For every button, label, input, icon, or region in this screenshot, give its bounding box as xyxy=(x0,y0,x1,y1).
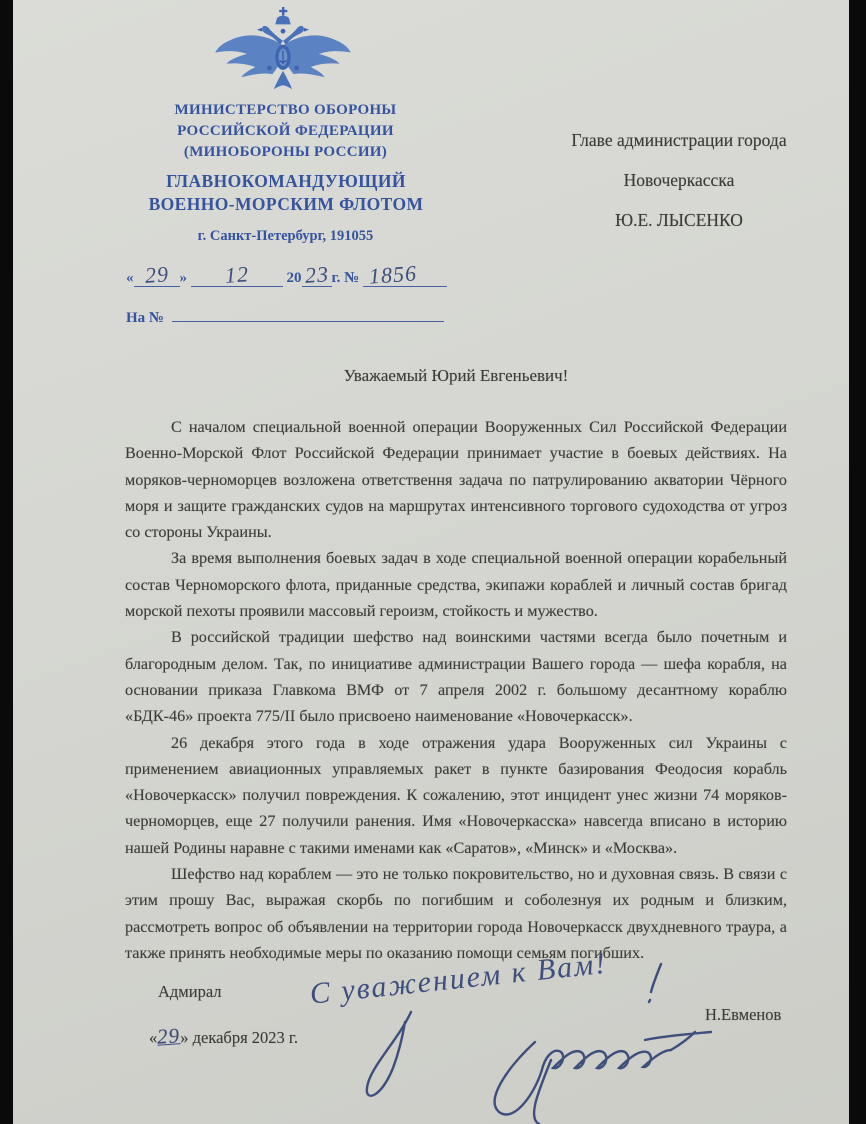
recipient-block: Главе администрации города Новочеркасска… xyxy=(529,120,829,240)
handwritten-doc-number: 1856 xyxy=(368,260,418,289)
paragraph: С началом специальной военной операции В… xyxy=(125,414,787,545)
date-suffix: г. № xyxy=(332,270,360,286)
letterhead-commander-block: ГЛАВНОКОМАНДУЮЩИЙ ВОЕННО-МОРСКИМ ФЛОТОМ xyxy=(116,170,456,216)
reply-reference-line: На № xyxy=(126,303,444,327)
handwritten-month: 12 xyxy=(224,261,250,289)
signature-date-line: «29» декабря 2023 г. xyxy=(149,1028,298,1048)
ministry-line: (МИНОБОРОНЫ РОССИИ) xyxy=(133,142,438,163)
recipient-line: Новочеркасска xyxy=(529,160,829,200)
salutation: Уважаемый Юрий Евгеньевич! xyxy=(126,366,786,386)
photo-background: { "colors": { "letterhead_blue": "#35539… xyxy=(0,0,866,1124)
ministry-line: МИНИСТЕРСТВО ОБОРОНЫ xyxy=(133,100,438,121)
handwritten-day: 29 xyxy=(144,261,170,289)
quote-open: « xyxy=(126,270,134,286)
recipient-line: Главе администрации города xyxy=(529,120,829,160)
date-day-slot: 29 xyxy=(134,262,180,287)
letterhead-address: г. Санкт-Петербург, 191055 xyxy=(133,228,438,245)
paragraph: 26 декабря этого года в ходе отражения у… xyxy=(125,730,787,861)
commander-line: ВОЕННО-МОРСКИМ ФЛОТОМ xyxy=(116,193,456,216)
letter-body: С началом специальной военной операции В… xyxy=(125,414,787,966)
signature-date-rest: » декабря 2023 г. xyxy=(180,1028,298,1047)
reply-number-blank xyxy=(172,303,444,322)
handwritten-day: 29 xyxy=(157,1027,181,1046)
commander-line: ГЛАВНОКОМАНДУЮЩИЙ xyxy=(116,170,456,193)
doc-number-slot: 1856 xyxy=(363,262,447,287)
russian-mod-double-headed-eagle-icon xyxy=(209,6,357,98)
reply-label: На № xyxy=(126,310,164,326)
paragraph: В российской традиции шефство над воинск… xyxy=(125,624,787,729)
paragraph: За время выполнения боевых задач в ходе … xyxy=(125,545,787,624)
printed-century: 20 xyxy=(287,270,302,286)
date-month-slot: 12 xyxy=(191,262,283,287)
ministry-line: РОССИЙСКОЙ ФЕДЕРАЦИИ xyxy=(133,121,438,142)
letterhead-ministry-block: МИНИСТЕРСТВО ОБОРОНЫ РОССИЙСКОЙ ФЕДЕРАЦИ… xyxy=(133,100,438,163)
signer-rank: Адмирал xyxy=(158,982,222,1002)
quote-close: » xyxy=(180,270,188,286)
reference-date-line: «29» 12 2023г. № 1856 xyxy=(126,262,466,294)
admiral-signature-flourish-icon xyxy=(293,950,793,1124)
recipient-line: Ю.Е. ЛЫСЕНКО xyxy=(529,200,829,240)
date-year-slot: 23 xyxy=(302,262,332,287)
letter-paper: МИНИСТЕРСТВО ОБОРОНЫ РОССИЙСКОЙ ФЕДЕРАЦИ… xyxy=(13,0,849,1124)
handwritten-year: 23 xyxy=(304,261,330,289)
